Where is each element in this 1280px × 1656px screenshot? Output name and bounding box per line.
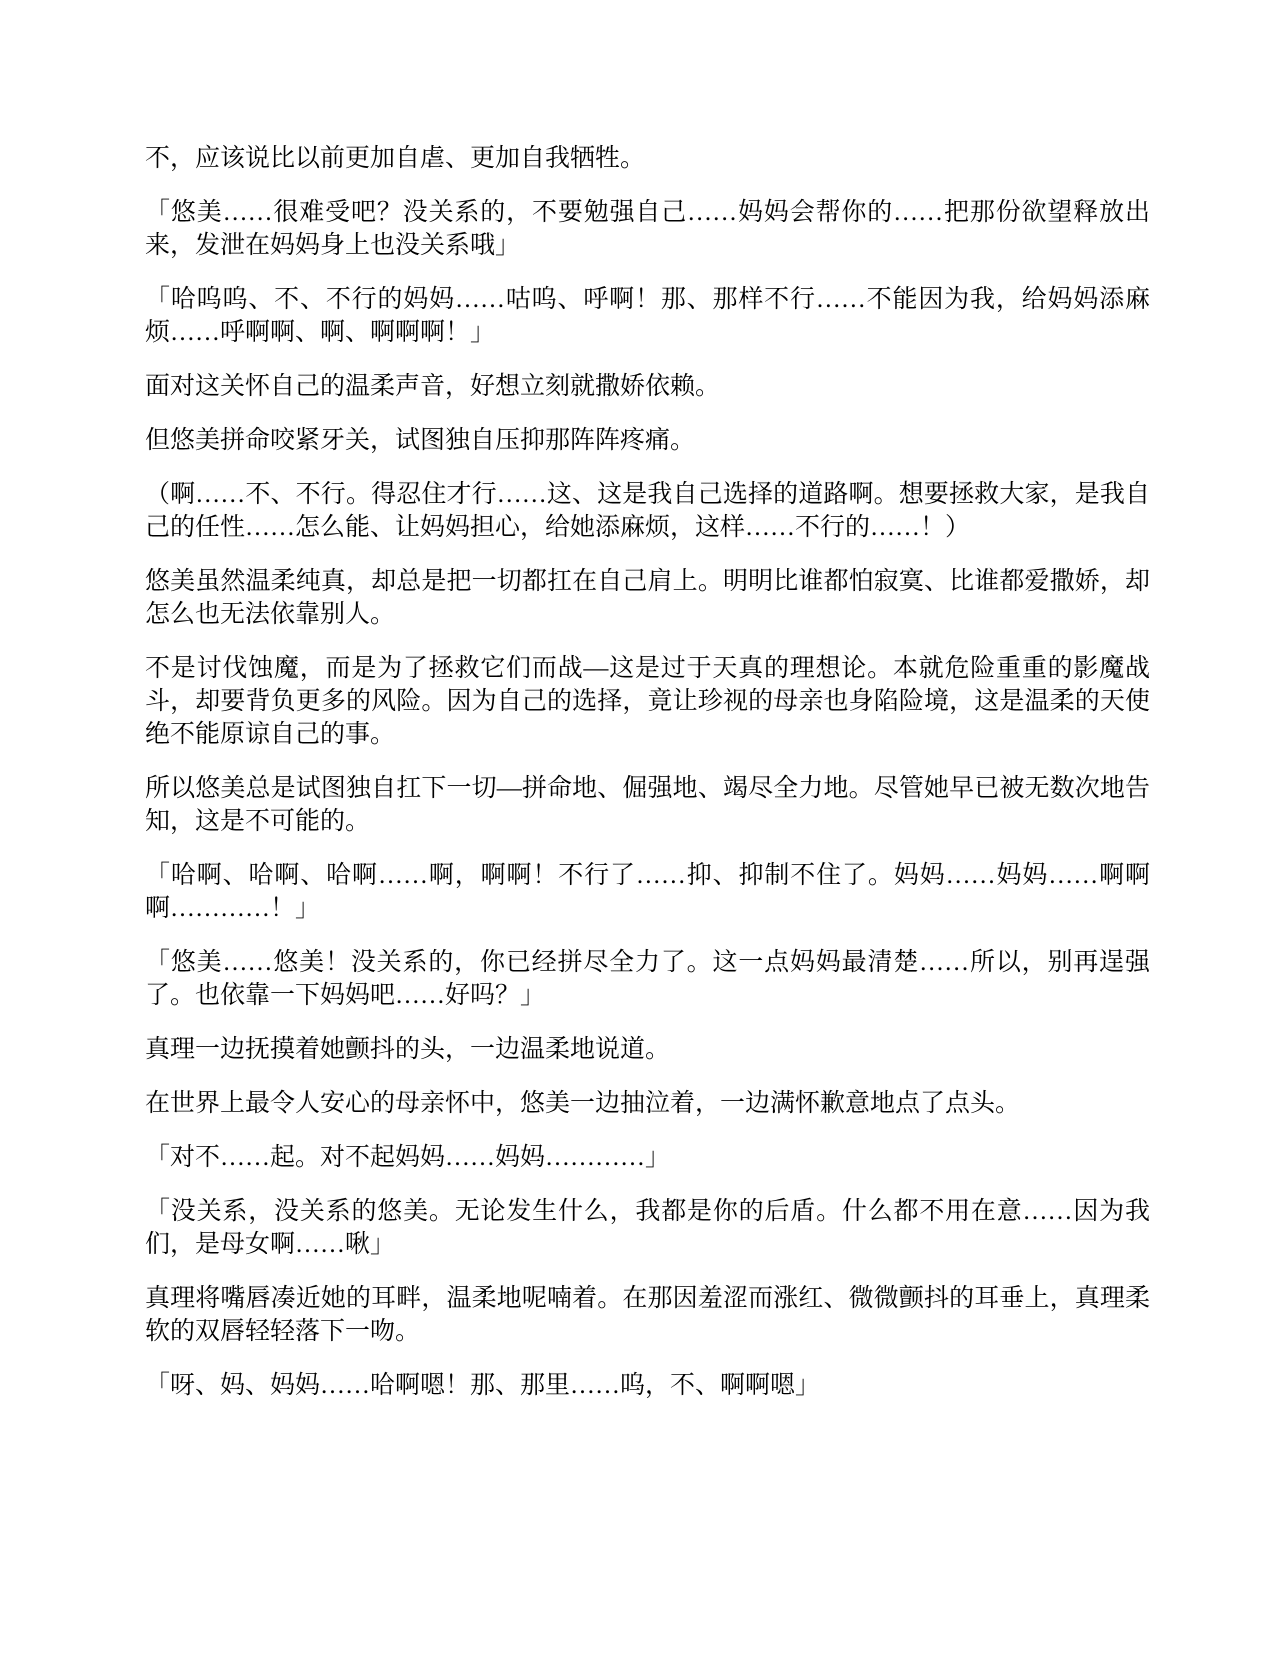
paragraph: 悠美虽然温柔纯真，却总是把一切都扛在自己肩上。明明比谁都怕寂寞、比谁都爱撒娇，却… bbox=[145, 565, 1150, 631]
document-text-body: 不，应该说比以前更加自虐、更加自我牺牲。「悠美……很难受吧？没关系的，不要勉强自… bbox=[145, 142, 1150, 1423]
paragraph: 在世界上最令人安心的母亲怀中，悠美一边抽泣着，一边满怀歉意地点了点头。 bbox=[145, 1087, 1150, 1120]
paragraph: 但悠美拼命咬紧牙关，试图独自压抑那阵阵疼痛。 bbox=[145, 424, 1150, 457]
paragraph: 「哈啊、哈啊、哈啊……啊，啊啊！不行了……抑、抑制不住了。妈妈……妈妈……啊啊啊… bbox=[145, 859, 1150, 925]
paragraph: 不，应该说比以前更加自虐、更加自我牺牲。 bbox=[145, 142, 1150, 175]
paragraph: 面对这关怀自己的温柔声音，好想立刻就撒娇依赖。 bbox=[145, 370, 1150, 403]
paragraph: 「悠美……很难受吧？没关系的，不要勉强自己……妈妈会帮你的……把那份欲望释放出来… bbox=[145, 196, 1150, 262]
document-page: 不，应该说比以前更加自虐、更加自我牺牲。「悠美……很难受吧？没关系的，不要勉强自… bbox=[0, 0, 1280, 1656]
paragraph: 真理将嘴唇凑近她的耳畔，温柔地呢喃着。在那因羞涩而涨红、微微颤抖的耳垂上，真理柔… bbox=[145, 1282, 1150, 1348]
paragraph: 「对不……起。对不起妈妈……妈妈…………」 bbox=[145, 1141, 1150, 1174]
paragraph: 不是讨伐蚀魔，而是为了拯救它们而战—这是过于天真的理想论。本就危险重重的影魔战斗… bbox=[145, 652, 1150, 751]
paragraph: 「哈呜呜、不、不行的妈妈……咕呜、呼啊！那、那样不行……不能因为我，给妈妈添麻烦… bbox=[145, 283, 1150, 349]
paragraph: 「悠美……悠美！没关系的，你已经拼尽全力了。这一点妈妈最清楚……所以，别再逞强了… bbox=[145, 946, 1150, 1012]
paragraph: 真理一边抚摸着她颤抖的头，一边温柔地说道。 bbox=[145, 1033, 1150, 1066]
paragraph: （啊……不、不行。得忍住才行……这、这是我自己选择的道路啊。想要拯救大家，是我自… bbox=[145, 478, 1150, 544]
paragraph: 「呀、妈、妈妈……哈啊嗯！那、那里……呜，不、啊啊嗯」 bbox=[145, 1369, 1150, 1402]
paragraph: 「没关系，没关系的悠美。无论发生什么，我都是你的后盾。什么都不用在意……因为我们… bbox=[145, 1195, 1150, 1261]
paragraph: 所以悠美总是试图独自扛下一切—拼命地、倔强地、竭尽全力地。尽管她早已被无数次地告… bbox=[145, 772, 1150, 838]
